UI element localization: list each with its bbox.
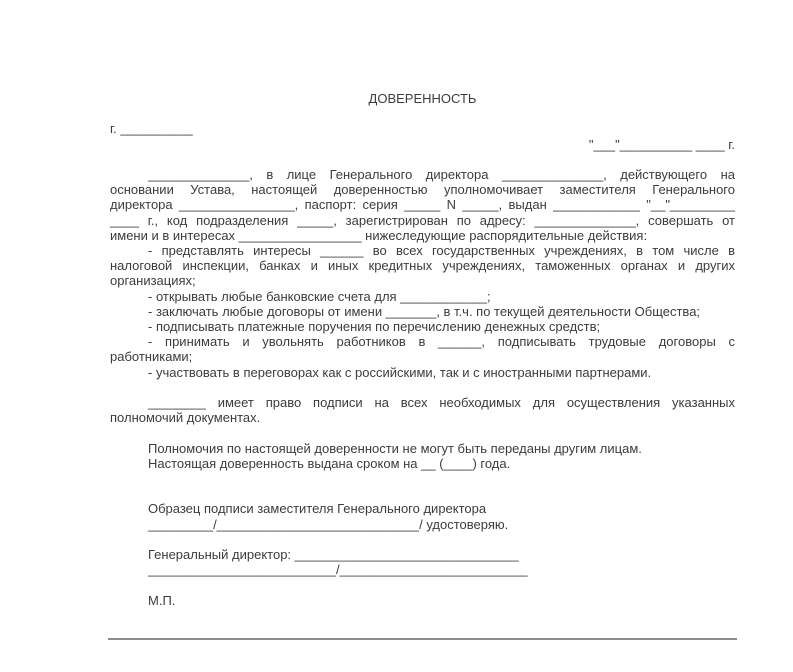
stamp-placeholder: М.П. bbox=[110, 593, 735, 608]
doc-line: основании Устава, настоящей доверенность… bbox=[110, 182, 735, 197]
date-line: "___"__________ ____ г. bbox=[110, 137, 735, 152]
doc-line: - участвовать в переговорах как с россий… bbox=[110, 365, 735, 380]
document-body: ДОВЕРЕННОСТЬ г. __________"___"_________… bbox=[110, 91, 735, 608]
doc-line: Настоящая доверенность выдана сроком на … bbox=[110, 456, 735, 471]
doc-blank-line bbox=[110, 380, 735, 395]
doc-line: ______________, в лице Генерального дире… bbox=[110, 167, 735, 182]
general-director-signature-line: __________________________/_____________… bbox=[110, 562, 735, 577]
doc-line: работниками; bbox=[110, 349, 735, 364]
doc-blank-line bbox=[110, 486, 735, 501]
doc-blank-line bbox=[110, 152, 735, 167]
doc-line: - подписывать платежные поручения по пер… bbox=[110, 319, 735, 334]
doc-line: имени и в интересах _________________ ни… bbox=[110, 228, 735, 243]
doc-line: налоговой инспекции, банках и иных креди… bbox=[110, 258, 735, 273]
doc-line: - принимать и увольнять работников в ___… bbox=[110, 334, 735, 349]
doc-blank-line bbox=[110, 425, 735, 440]
doc-blank-line bbox=[110, 106, 735, 121]
doc-line: ____ г., код подразделения _____, зареги… bbox=[110, 213, 735, 228]
general-director-label: Генеральный директор: __________________… bbox=[110, 547, 735, 562]
doc-blank-line bbox=[110, 471, 735, 486]
signature-sample-label: Образец подписи заместителя Генерального… bbox=[110, 501, 735, 516]
doc-title: ДОВЕРЕННОСТЬ bbox=[110, 91, 735, 106]
doc-line: ________ имеет право подписи на всех нео… bbox=[110, 395, 735, 410]
doc-line: - представлять интересы ______ во всех г… bbox=[110, 243, 735, 258]
doc-line: директора ________________, паспорт: сер… bbox=[110, 197, 735, 212]
doc-line: полномочий документах. bbox=[110, 410, 735, 425]
signature-sample-line: _________/____________________________/ … bbox=[110, 517, 735, 532]
city-line: г. __________ bbox=[110, 121, 735, 136]
doc-line: - открывать любые банковские счета для _… bbox=[110, 289, 735, 304]
doc-blank-line bbox=[110, 532, 735, 547]
document-page: ДОВЕРЕННОСТЬ г. __________"___"_________… bbox=[0, 0, 793, 672]
doc-line: Полномочия по настоящей доверенности не … bbox=[110, 441, 735, 456]
doc-line: организациях; bbox=[110, 273, 735, 288]
bottom-divider bbox=[108, 638, 737, 640]
doc-blank-line bbox=[110, 578, 735, 593]
doc-line: - заключать любые договоры от имени ____… bbox=[110, 304, 735, 319]
